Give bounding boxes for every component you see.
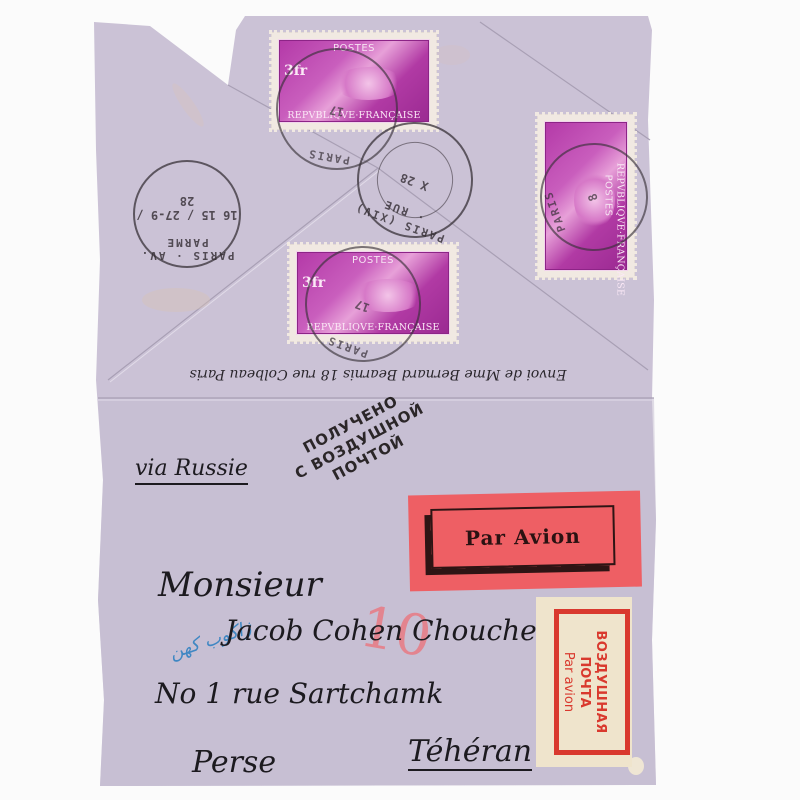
address-name: Jacob Cohen Chouche — [225, 614, 537, 647]
russian-airmail-label: ВОЗДУШНАЯ ПОЧТА Par avion — [536, 597, 632, 767]
address-salutation: Monsieur — [158, 565, 322, 605]
par-avion-label: Par Avion — [408, 491, 642, 592]
address-country: Perse — [192, 745, 276, 780]
address-city: Téhéran — [408, 734, 532, 771]
envelope-photo: POSTES 3fr REPVBLIQVE·FRANÇAISE REPVBLIQ… — [0, 0, 800, 800]
address-street: No 1 rue Sartchamk — [155, 677, 443, 710]
par-avion-text: Par Avion — [465, 524, 581, 550]
sender-line: Envoi de Mme Bernard Bearnis 18 rue Colb… — [108, 366, 648, 382]
routing-note: via Russie — [135, 456, 248, 485]
postmark-paris-left: PARIS · AV. PARME 16 15 / 27-9 / 28 — [133, 160, 241, 268]
